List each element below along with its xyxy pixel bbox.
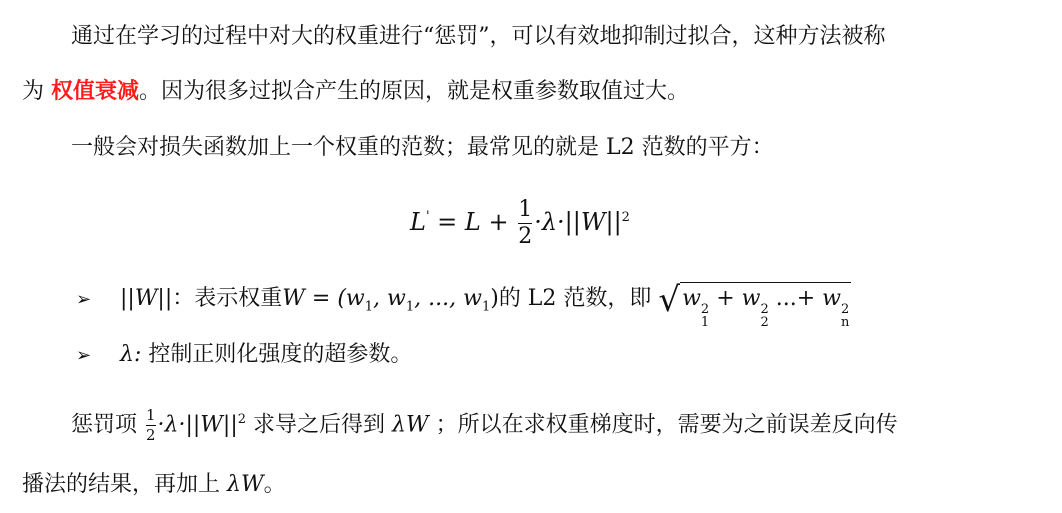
sqrt-body: w21 + w22 ...+ w2n xyxy=(680,282,851,329)
arrow-bullet-icon: ➢ xyxy=(76,341,120,371)
paragraph-1-line-1: 通过在学习的过程中对大的权重进行“惩罚”，可以有效地抑制过拟合，这种方法被称 xyxy=(71,22,886,52)
subscript: 1 xyxy=(482,299,490,314)
arrow-bullet-icon: ➢ xyxy=(76,284,120,316)
term-indices: 21 xyxy=(701,303,709,329)
lambda-w: λW xyxy=(227,472,264,497)
bullet-norm-definition: ➢||W||：表示权重W = (w1, w1, ..., w1)的 L2 范数，… xyxy=(76,282,851,329)
term-indices: 2n xyxy=(841,303,849,329)
penalty-exponent: 2 xyxy=(238,412,246,427)
subscript: 1 xyxy=(365,299,373,314)
fraction-numerator: 1 xyxy=(146,408,156,423)
ellipsis-plus: ...+ xyxy=(769,286,822,311)
vector-definition: W = (w1, w1, ..., w1) xyxy=(282,286,499,311)
subscript: 2 xyxy=(760,316,768,329)
fraction-numerator: 1 xyxy=(518,199,532,221)
term-indices: 22 xyxy=(760,303,768,329)
highlighted-term-weight-decay: 权值衰减 xyxy=(51,79,139,104)
fraction-denominator: 2 xyxy=(518,226,532,248)
paragraph-3-line-1: 惩罚项 12·λ·||W||2 求导之后得到 λW ；所以在求权重梯度时，需要为… xyxy=(71,400,898,445)
paragraph-2: 一般会对损失函数加上一个权重的范数；最常见的就是 L2 范数的平方： xyxy=(71,133,774,163)
subscript: 1 xyxy=(701,316,709,329)
lambda-symbol: λ: xyxy=(120,342,141,367)
paragraph-text: 。 xyxy=(264,472,286,497)
paragraph-text: 通过在学习的过程中对大的权重进行“惩罚”，可以有效地抑制过拟合，这种方法被称 xyxy=(71,24,886,49)
bullet-lambda-definition: ➢λ: 控制正则化强度的超参数。 xyxy=(76,340,412,371)
derivative-result: λW xyxy=(392,412,429,437)
paragraph-text: 为 xyxy=(22,79,51,104)
fraction-one-half: 12 xyxy=(518,199,532,248)
plus: + xyxy=(709,286,741,311)
formula-exponent: 2 xyxy=(622,210,630,225)
vector-sep: , w xyxy=(373,286,406,311)
term-var: w xyxy=(682,286,701,311)
formula-equals: = L + xyxy=(430,208,517,236)
penalty-term: ·λ·||W|| xyxy=(158,412,238,437)
formula-lhs: L xyxy=(410,208,426,236)
vector-sep: , ..., w xyxy=(414,286,482,311)
bullet-text: 表示权重 xyxy=(194,286,282,311)
paragraph-text: 。因为很多过拟合产生的原因，就是权重参数取值过大。 xyxy=(139,79,689,104)
subscript: 1 xyxy=(406,299,414,314)
sqrt-icon: √ xyxy=(658,280,680,320)
term-var: w xyxy=(822,286,841,311)
formula-tail: ·λ·||W|| xyxy=(534,208,621,236)
loss-formula: L' = L + 12·λ·||W||2 xyxy=(410,192,630,248)
bullet-text: 控制正则化强度的超参数。 xyxy=(141,342,412,367)
label-separator: ： xyxy=(172,286,194,311)
norm-symbol: ||W|| xyxy=(120,286,172,311)
paragraph-3-line-2: 播法的结果，再加上 λW。 xyxy=(22,470,286,500)
subscript: n xyxy=(841,316,849,329)
paragraph-text: 一般会对损失函数加上一个权重的范数；最常见的就是 L2 范数的平方： xyxy=(71,135,774,160)
vector-close: ) xyxy=(490,286,499,311)
vector-open: W = (w xyxy=(282,286,364,311)
paragraph-text: 惩罚项 xyxy=(71,412,144,437)
sqrt-expression: √w21 + w22 ...+ w2n xyxy=(658,282,851,329)
bullet-text: 的 L2 范数，即 xyxy=(499,286,659,311)
paragraph-text: 求导之后得到 xyxy=(246,412,392,437)
paragraph-text: 播法的结果，再加上 xyxy=(22,472,227,497)
fraction-one-half: 12 xyxy=(146,408,156,443)
term-var: w xyxy=(742,286,761,311)
paragraph-1-line-2: 为 权值衰减。因为很多过拟合产生的原因，就是权重参数取值过大。 xyxy=(22,77,689,107)
paragraph-text: ；所以在求权重梯度时，需要为之前误差反向传 xyxy=(429,412,898,437)
fraction-denominator: 2 xyxy=(146,428,156,443)
